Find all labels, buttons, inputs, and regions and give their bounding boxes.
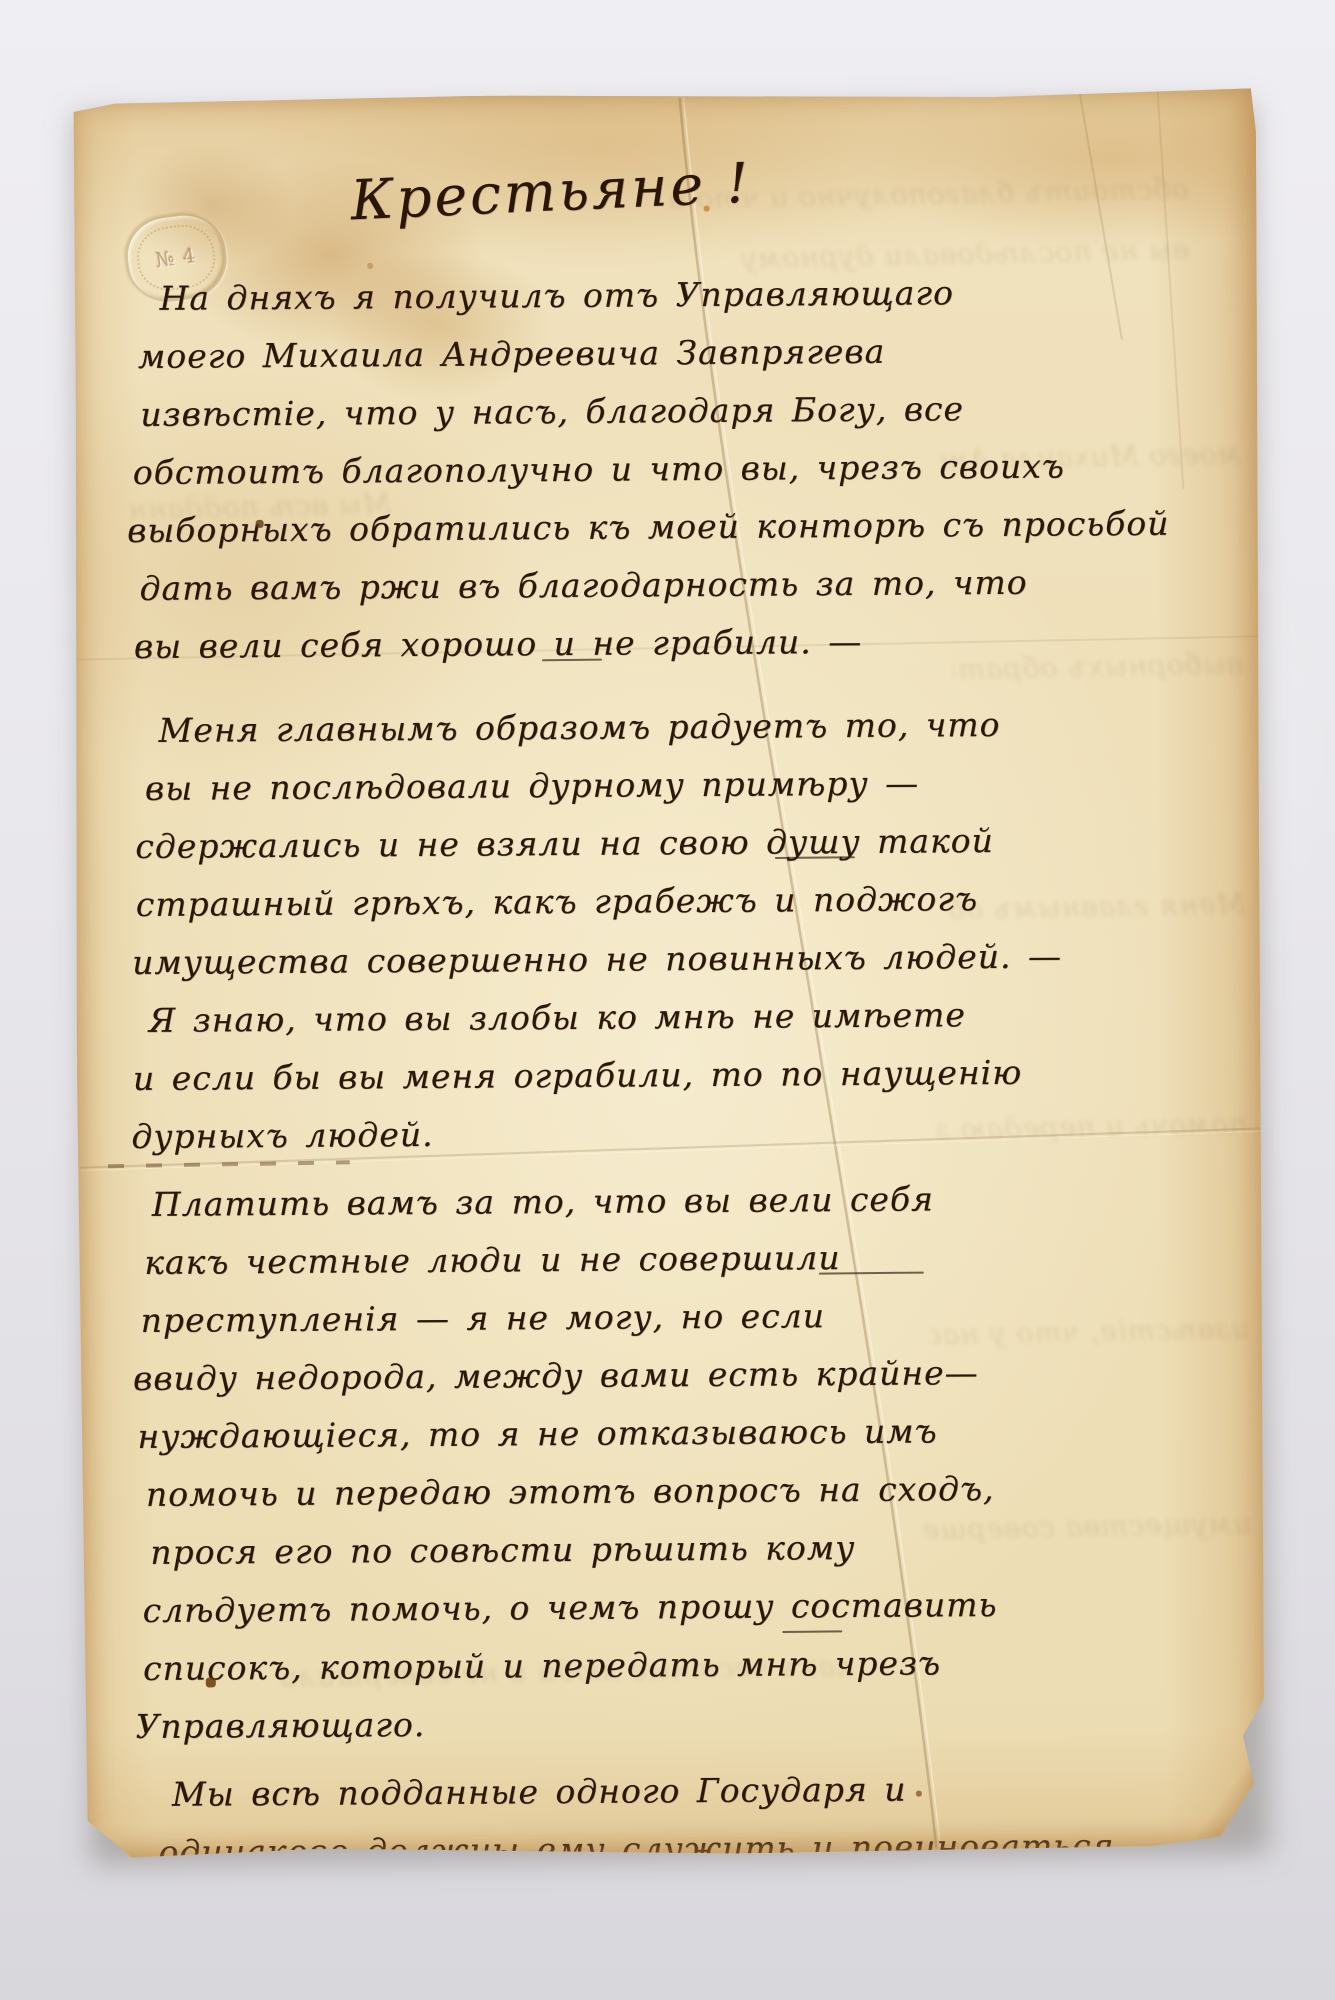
manuscript-line: одинаково должны ему служить и повиноват… [136,1818,1016,1882]
paper-specks [68,100,70,102]
photo-background: № 4 обстоитъ благополучно и что вы, чрез… [0,0,1335,2000]
manuscript-line: Меня главнымъ образомъ радуетъ то, что [128,696,1008,760]
manuscript-line: извѣстіе, что у насъ, благодаря Богу, вс… [126,380,1006,444]
manuscript-line: страшный грѣхъ, какъ грабежъ и поджогъ [130,870,1010,934]
manuscript-line: дурныхъ людей. [131,1102,1011,1166]
manuscript-line: какъ честные люди и не совершили [132,1228,1012,1292]
manuscript-line: Я знаю, что вы злобы ко мнѣ не имѣете [130,986,1010,1050]
manuscript-line: преступленія — я не могу, но если [132,1286,1012,1350]
manuscript-line: обстоитъ благополучно и что вы, чрезъ св… [127,438,1007,502]
manuscript-line: выборныхъ обратились къ моей конторѣ съ … [127,496,1007,560]
manuscript-line: имущества совершенно не повинныхъ людей.… [130,928,1010,992]
manuscript-page: № 4 обстоитъ благополучно и что вы, чрез… [68,88,1273,1859]
manuscript-line: Платить вамъ за то, что вы вели себя [132,1170,1012,1234]
manuscript-line: На дняхъ я получилъ отъ Управляющаго [125,264,1005,328]
manuscript-line: моего Михаила Андреевича Завпрягева [126,322,1006,386]
manuscript-line: дать вамъ ржи въ благодарность за то, чт… [127,554,1007,618]
manuscript-line: Мы всѣ подданные одного Государя и [136,1760,1016,1824]
manuscript-body: На дняхъ я получилъ отъ Управляющаго мое… [125,264,1016,1882]
manuscript-line: слѣдуетъ помочь, о чемъ прошу составить [134,1576,1014,1640]
manuscript-line: Управляющаго. [135,1692,1015,1756]
manuscript-line: вы не послѣдовали дурному примѣру — [129,754,1009,818]
manuscript-line: ввиду недорода, между вами есть крайне— [133,1344,1013,1408]
manuscript-line: нуждающіеся, то я не отказываюсь имъ [133,1402,1013,1466]
manuscript-line: сдержались и не взяли на свою душу такой [129,812,1009,876]
manuscript-line: вы вели себя хорошо и не грабили. — [128,612,1008,676]
manuscript-line: помочь и передаю этотъ вопросъ на сходъ, [134,1460,1014,1524]
embossed-stamp-number: № 4 [154,243,198,272]
page-title: Крестьяне ! [349,150,771,233]
manuscript-line: прося его по совѣсти рѣшить кому [134,1518,1014,1582]
manuscript-line: и если бы вы меня ограбили, то по наущен… [131,1044,1011,1108]
manuscript-line: списокъ, который и передать мнѣ чрезъ [135,1634,1015,1698]
